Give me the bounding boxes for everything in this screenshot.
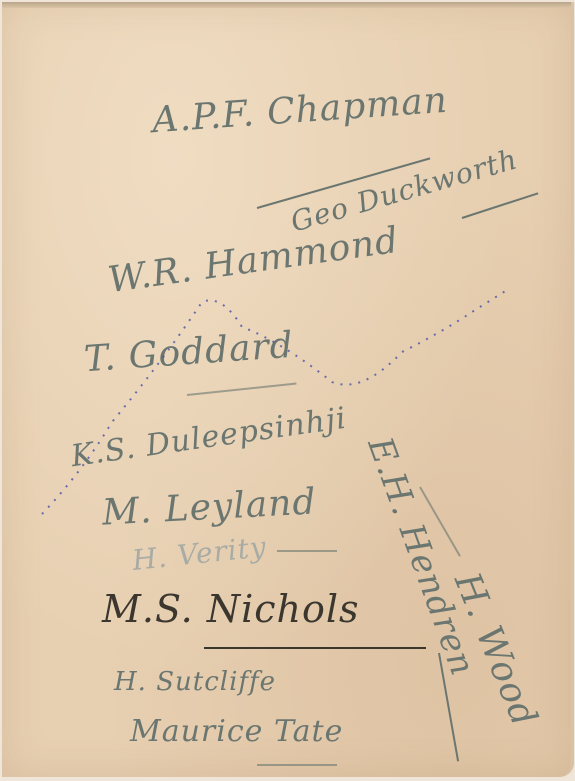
autograph-page: A.P.F. Chapman Geo Duckworth W.R. Hammon… bbox=[2, 2, 574, 777]
blue-ink-marks bbox=[2, 2, 571, 777]
